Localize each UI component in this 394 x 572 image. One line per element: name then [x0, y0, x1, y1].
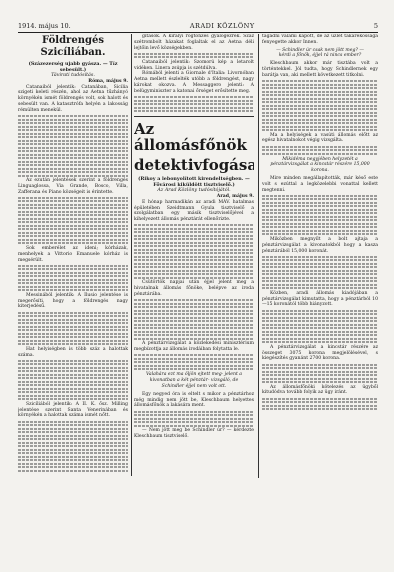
paragraph: Szicíliából jelentik: A II. K. ősz. Mill…	[18, 402, 128, 419]
text-line	[18, 164, 128, 166]
text-line	[18, 228, 128, 230]
text-line	[18, 463, 128, 465]
text-line	[18, 126, 128, 128]
page-number: 5	[374, 22, 378, 30]
pull-quote: — Schindler úr csak nem jött meg? — kérd…	[270, 48, 370, 60]
paragraph: Kleschbaum akkor már tisztába volt a tör…	[262, 61, 378, 78]
text-line	[18, 225, 128, 227]
text-line	[18, 122, 128, 124]
text-line	[134, 263, 254, 265]
column-1: Földrengés Szicíliában. (Százezerség uja…	[18, 34, 128, 472]
text-line	[18, 232, 128, 234]
text-line	[18, 168, 128, 170]
text-line	[262, 209, 378, 211]
text-line	[262, 374, 378, 376]
text-line	[18, 119, 128, 121]
text-line	[18, 115, 128, 117]
text-line	[134, 110, 254, 112]
text-line	[18, 377, 128, 379]
text-line	[134, 313, 254, 315]
text-line	[18, 340, 128, 342]
text-line	[262, 80, 378, 82]
text-line	[134, 277, 254, 279]
text-line	[262, 266, 378, 268]
text-line	[18, 312, 128, 314]
text-line	[134, 303, 254, 305]
paragraph: Miközben megnyílt a bolt ajtaja a pénztá…	[262, 237, 378, 254]
text-line	[262, 119, 378, 121]
masthead: 1914. május 10. ARADI KÖZLÖNY 5	[18, 18, 378, 30]
text-line	[18, 282, 128, 284]
text-line	[134, 103, 254, 105]
text-line	[134, 100, 254, 102]
paragraph: gitások. A királyi rögtönzés gyalogezrek…	[134, 34, 254, 51]
pull-quote: Mikidéma negyjében helyzetét a pénztárvi…	[270, 157, 370, 174]
text-line	[18, 363, 128, 365]
text-line	[18, 235, 128, 237]
text-line	[18, 211, 128, 213]
text-line	[18, 175, 128, 177]
text-line	[18, 466, 128, 468]
column-2: gitások. A királyi rögtönzés gyalogezrek…	[134, 34, 254, 478]
paragraph: Egy negyed óra is eltelt s mikor a pénzt…	[134, 392, 254, 409]
text-line	[262, 381, 378, 383]
text-line	[262, 367, 378, 369]
text-line	[262, 98, 378, 100]
text-line	[134, 331, 254, 333]
text-line	[262, 317, 378, 319]
paragraph: Ma a helyiségek a vasúti állomás előtt a…	[262, 133, 378, 145]
text-line	[134, 320, 254, 322]
paragraph: A pénztárvizsgálat a kincstár részére az…	[262, 345, 378, 362]
text-line	[18, 150, 128, 152]
text-line	[262, 219, 378, 221]
paragraph: tagadni valami kapott, de az üzlet takar…	[262, 34, 378, 46]
text-line	[18, 279, 128, 281]
text-line	[18, 147, 128, 149]
paragraph: Messinából jelentik: A Ilusio jelentése …	[18, 293, 128, 310]
text-line	[134, 361, 254, 363]
text-line	[262, 405, 378, 407]
text-line	[262, 256, 378, 258]
text-line	[18, 133, 128, 135]
text-line	[262, 331, 378, 333]
text-line	[18, 239, 128, 241]
text-line	[262, 216, 378, 218]
text-line	[18, 289, 128, 291]
text-line	[262, 277, 378, 279]
text-line	[18, 456, 128, 458]
text-line	[134, 107, 254, 109]
text-line	[262, 313, 378, 315]
pull-quote: Valahára ezt ma öljön ejtett meg- jelent…	[142, 372, 246, 389]
text-line	[134, 252, 254, 254]
text-line	[134, 421, 254, 423]
text-line	[134, 259, 254, 261]
text-line	[134, 365, 254, 367]
issue-date: 1914. május 10.	[18, 22, 71, 30]
text-line	[18, 336, 128, 338]
text-line	[134, 273, 254, 275]
paragraph: Catanaiból jelentik: Catanában, Sicilia …	[18, 85, 128, 114]
paragraph: Catanaiból jelentik: Szomorú kép a letar…	[134, 60, 254, 72]
text-line	[18, 435, 128, 437]
text-line	[134, 228, 254, 230]
text-line	[262, 212, 378, 214]
text-line	[18, 421, 128, 423]
text-line	[18, 319, 128, 321]
text-line	[18, 449, 128, 451]
text-line	[18, 470, 128, 472]
text-line	[18, 275, 128, 277]
text-line	[18, 265, 128, 267]
paragraph: A pénztárvizsgálat a közlekedési miniszt…	[134, 341, 254, 353]
text-line	[18, 388, 128, 390]
text-line	[262, 327, 378, 329]
text-line	[262, 364, 378, 366]
text-line	[262, 341, 378, 343]
text-line	[18, 286, 128, 288]
text-line	[18, 398, 128, 400]
text-line	[262, 263, 378, 265]
text-line	[262, 122, 378, 124]
paragraph: Csütörtök napjai után éjjel jelent meg a…	[134, 280, 254, 297]
column-divider-1	[131, 34, 132, 476]
text-line	[18, 136, 128, 138]
text-line	[18, 143, 128, 145]
text-line	[262, 146, 378, 148]
text-line	[262, 270, 378, 272]
text-line	[18, 442, 128, 444]
text-line	[18, 140, 128, 142]
paragraph: Hat helyiségben is több száz a halottak …	[18, 347, 128, 359]
paragraph: Az állomásfőnöki kötelezés az ügyből kit…	[262, 385, 378, 397]
text-line	[18, 322, 128, 324]
text-line	[134, 338, 254, 340]
paragraph: Sok emberélet az ideni; kórházak, menhel…	[18, 246, 128, 263]
text-line	[18, 268, 128, 270]
text-line	[262, 129, 378, 131]
text-line	[18, 154, 128, 156]
text-line	[262, 284, 378, 286]
paragraph: Mire minden megállapították, már késő es…	[262, 176, 378, 193]
text-line	[134, 334, 254, 336]
text-line	[18, 374, 128, 376]
text-line	[18, 428, 128, 430]
text-line	[262, 105, 378, 107]
text-line	[262, 198, 378, 200]
text-line	[134, 354, 254, 356]
text-line	[134, 249, 254, 251]
text-line	[262, 310, 378, 312]
text-line	[18, 315, 128, 317]
text-line	[18, 129, 128, 131]
text-line	[262, 408, 378, 410]
text-line	[134, 418, 254, 420]
text-line	[262, 223, 378, 225]
text-line	[262, 108, 378, 110]
article-headline-line2: detektivfogása.	[134, 157, 254, 173]
text-line	[18, 204, 128, 206]
text-line	[262, 101, 378, 103]
text-line	[18, 157, 128, 159]
text-line	[18, 431, 128, 433]
text-line	[262, 115, 378, 117]
text-line	[262, 94, 378, 96]
text-line	[134, 414, 254, 416]
text-line	[18, 214, 128, 216]
text-line	[262, 320, 378, 322]
text-line	[18, 171, 128, 173]
text-line	[262, 280, 378, 282]
text-line	[18, 360, 128, 362]
article-separator	[134, 116, 254, 117]
column-3: tagadni valami kapott, de az üzlet takar…	[262, 34, 378, 466]
text-line	[18, 452, 128, 454]
text-line	[18, 445, 128, 447]
paragraph: Az ezután jelentések szerint a földrengé…	[18, 178, 128, 195]
text-line	[134, 270, 254, 272]
text-line	[262, 259, 378, 261]
text-line	[262, 202, 378, 204]
text-line	[134, 242, 254, 244]
text-line	[18, 395, 128, 397]
text-line	[262, 87, 378, 89]
masthead-rule	[18, 32, 378, 33]
text-line	[262, 226, 378, 228]
text-line	[262, 273, 378, 275]
text-line	[134, 327, 254, 329]
text-line	[18, 424, 128, 426]
article-headline: Földrengés Szicíliában.	[18, 35, 128, 59]
text-line	[262, 195, 378, 197]
text-line	[262, 338, 378, 340]
text-line	[18, 218, 128, 220]
article-subhead: (Rikoy a lebonyolított kirendeltségben. …	[134, 176, 254, 188]
text-line	[18, 200, 128, 202]
text-line	[18, 221, 128, 223]
text-line	[18, 343, 128, 345]
text-line	[262, 324, 378, 326]
text-line	[134, 256, 254, 258]
text-line	[18, 197, 128, 199]
text-line	[262, 126, 378, 128]
paragraph: — Nem jött meg be Schindler úr? — kérdez…	[134, 428, 254, 440]
article-headline-line1: Az állomásfőnök	[134, 121, 254, 153]
text-line	[262, 334, 378, 336]
text-line	[134, 310, 254, 312]
text-line	[134, 299, 254, 301]
paragraph: E hónap harmadikán az aradi MÁV. hatalma…	[134, 200, 254, 223]
text-line	[262, 378, 378, 380]
text-line	[18, 438, 128, 440]
text-line	[134, 411, 254, 413]
text-line	[262, 91, 378, 93]
text-line	[262, 287, 378, 289]
text-line	[262, 84, 378, 86]
text-line	[262, 112, 378, 114]
text-line	[262, 153, 378, 155]
text-line	[262, 371, 378, 373]
text-line	[134, 56, 254, 58]
text-line	[134, 235, 254, 237]
text-line	[18, 242, 128, 244]
text-line	[262, 149, 378, 151]
text-line	[134, 324, 254, 326]
text-line	[18, 384, 128, 386]
text-line	[262, 401, 378, 403]
paragraph: Közben, aradi állomás kiadójában a pénzt…	[262, 291, 378, 308]
text-line	[262, 233, 378, 235]
text-line	[18, 329, 128, 331]
text-line	[134, 358, 254, 360]
text-line	[134, 245, 254, 247]
text-line	[18, 459, 128, 461]
text-line	[18, 381, 128, 383]
text-line	[134, 238, 254, 240]
column-divider-2	[258, 34, 259, 478]
text-line	[134, 368, 254, 370]
text-line	[134, 231, 254, 233]
text-line	[134, 266, 254, 268]
text-line	[262, 205, 378, 207]
text-line	[18, 326, 128, 328]
text-line	[262, 398, 378, 400]
newspaper-title: ARADI KÖZLÖNY	[190, 22, 255, 30]
text-line	[134, 53, 254, 55]
article-subhead: (Százezerség ujabb gyásza. — Tíz sebesül…	[18, 61, 128, 73]
paragraph: Rómából jelenti a Giornale d'Italia: Liv…	[134, 71, 254, 94]
text-line	[18, 161, 128, 163]
text-line	[262, 230, 378, 232]
text-line	[18, 272, 128, 274]
text-line	[18, 207, 128, 209]
text-line	[18, 370, 128, 372]
text-line	[18, 367, 128, 369]
text-line	[134, 224, 254, 226]
text-line	[134, 306, 254, 308]
text-line	[134, 96, 254, 98]
text-line	[18, 391, 128, 393]
text-line	[134, 425, 254, 427]
text-line	[134, 317, 254, 319]
text-line	[18, 333, 128, 335]
